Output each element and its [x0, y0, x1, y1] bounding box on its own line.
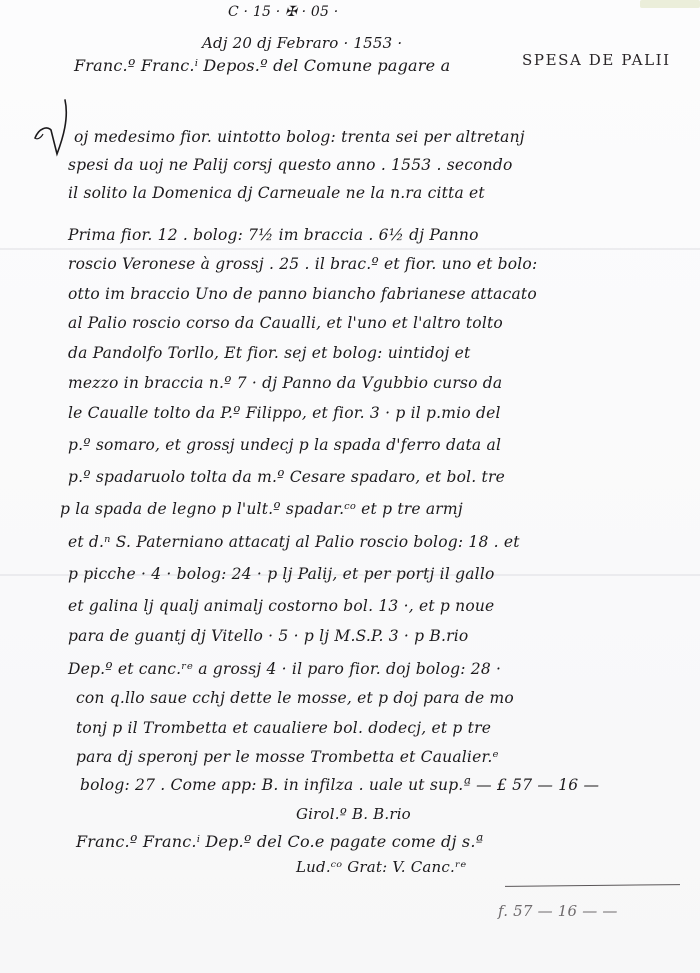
sum-rule-divider	[505, 884, 680, 887]
body-line: roscio Veronese à grossj . 25 . il brac.…	[68, 255, 537, 273]
body-line: il solito la Domenica dj Carneuale ne la…	[68, 184, 485, 202]
body-line: al Palio roscio corso da Caualli, et l'u…	[68, 314, 503, 332]
body-line: p picche · 4 · bolog: 24 · p lj Palij, e…	[68, 565, 495, 583]
signature-girolamo: Girol.º B. B.rio	[296, 805, 411, 823]
body-line: p.º somaro, et grossj undecj p la spada …	[68, 436, 501, 454]
manuscript-page: C · 15 · ✠ · 05 · Adj 20 dj Febraro · 15…	[0, 0, 700, 973]
body-line: le Caualle tolto da P.º Filippo, et fior…	[68, 404, 501, 422]
printed-heading: SPESA DE PALII	[522, 51, 671, 69]
body-line: para de guantj dj Vitello · 5 · p lj M.S…	[68, 627, 468, 645]
body-line: et galina lj qualj animalj costorno bol.…	[68, 597, 494, 615]
body-line: p.º spadaruolo tolta da m.º Cesare spada…	[68, 468, 505, 486]
body-line: mezzo in braccia n.º 7 · dj Panno da Vgu…	[68, 374, 502, 392]
order-line: Franc.º Franc.ⁱ Depos.º del Comune pagar…	[74, 56, 450, 75]
body-line: et d.ⁿ S. Paterniano attacatj al Palio r…	[68, 533, 520, 551]
body-line: Dep.º et canc.ʳᵉ a grossj 4 · il paro fi…	[68, 660, 501, 678]
body-line: p la spada de legno p l'ult.º spadar.ᶜᵒ …	[60, 500, 463, 518]
body-line: para dj speronj per le mosse Trombetta e…	[76, 748, 499, 766]
date-line: Adj 20 dj Febraro · 1553 ·	[202, 34, 402, 52]
signature-chancellor: Lud.ᶜᵒ Grat: V. Canc.ʳᵉ	[296, 858, 466, 876]
body-line: Prima fior. 12 . bolog: 7½ im braccia . …	[68, 226, 479, 244]
total-line: bolog: 27 . Come app: B. in infilza . ua…	[80, 776, 599, 794]
paper-fold-line	[0, 248, 700, 250]
initial-v-flourish-icon	[33, 98, 73, 158]
body-line: spesi da uoj ne Palij corsj questo anno …	[68, 156, 512, 174]
body-line: otto im braccio Uno de panno biancho fab…	[68, 285, 537, 303]
folio-mark: C · 15 · ✠ · 05 ·	[228, 4, 338, 20]
body-line: con q.llo saue cchj dette le mosse, et p…	[76, 689, 514, 707]
signature-order-paid: Franc.º Franc.ⁱ Dep.º del Co.e pagate co…	[76, 832, 483, 851]
body-line: da Pandolfo Torllo, Et fior. sej et bolo…	[68, 344, 470, 362]
paper-stain	[640, 0, 700, 8]
body-line: tonj p il Trombetta et caualiere bol. do…	[76, 719, 491, 737]
total-note: f. 57 — 16 — —	[498, 902, 618, 920]
body-line: oj medesimo fior. uintotto bolog: trenta…	[74, 128, 525, 146]
